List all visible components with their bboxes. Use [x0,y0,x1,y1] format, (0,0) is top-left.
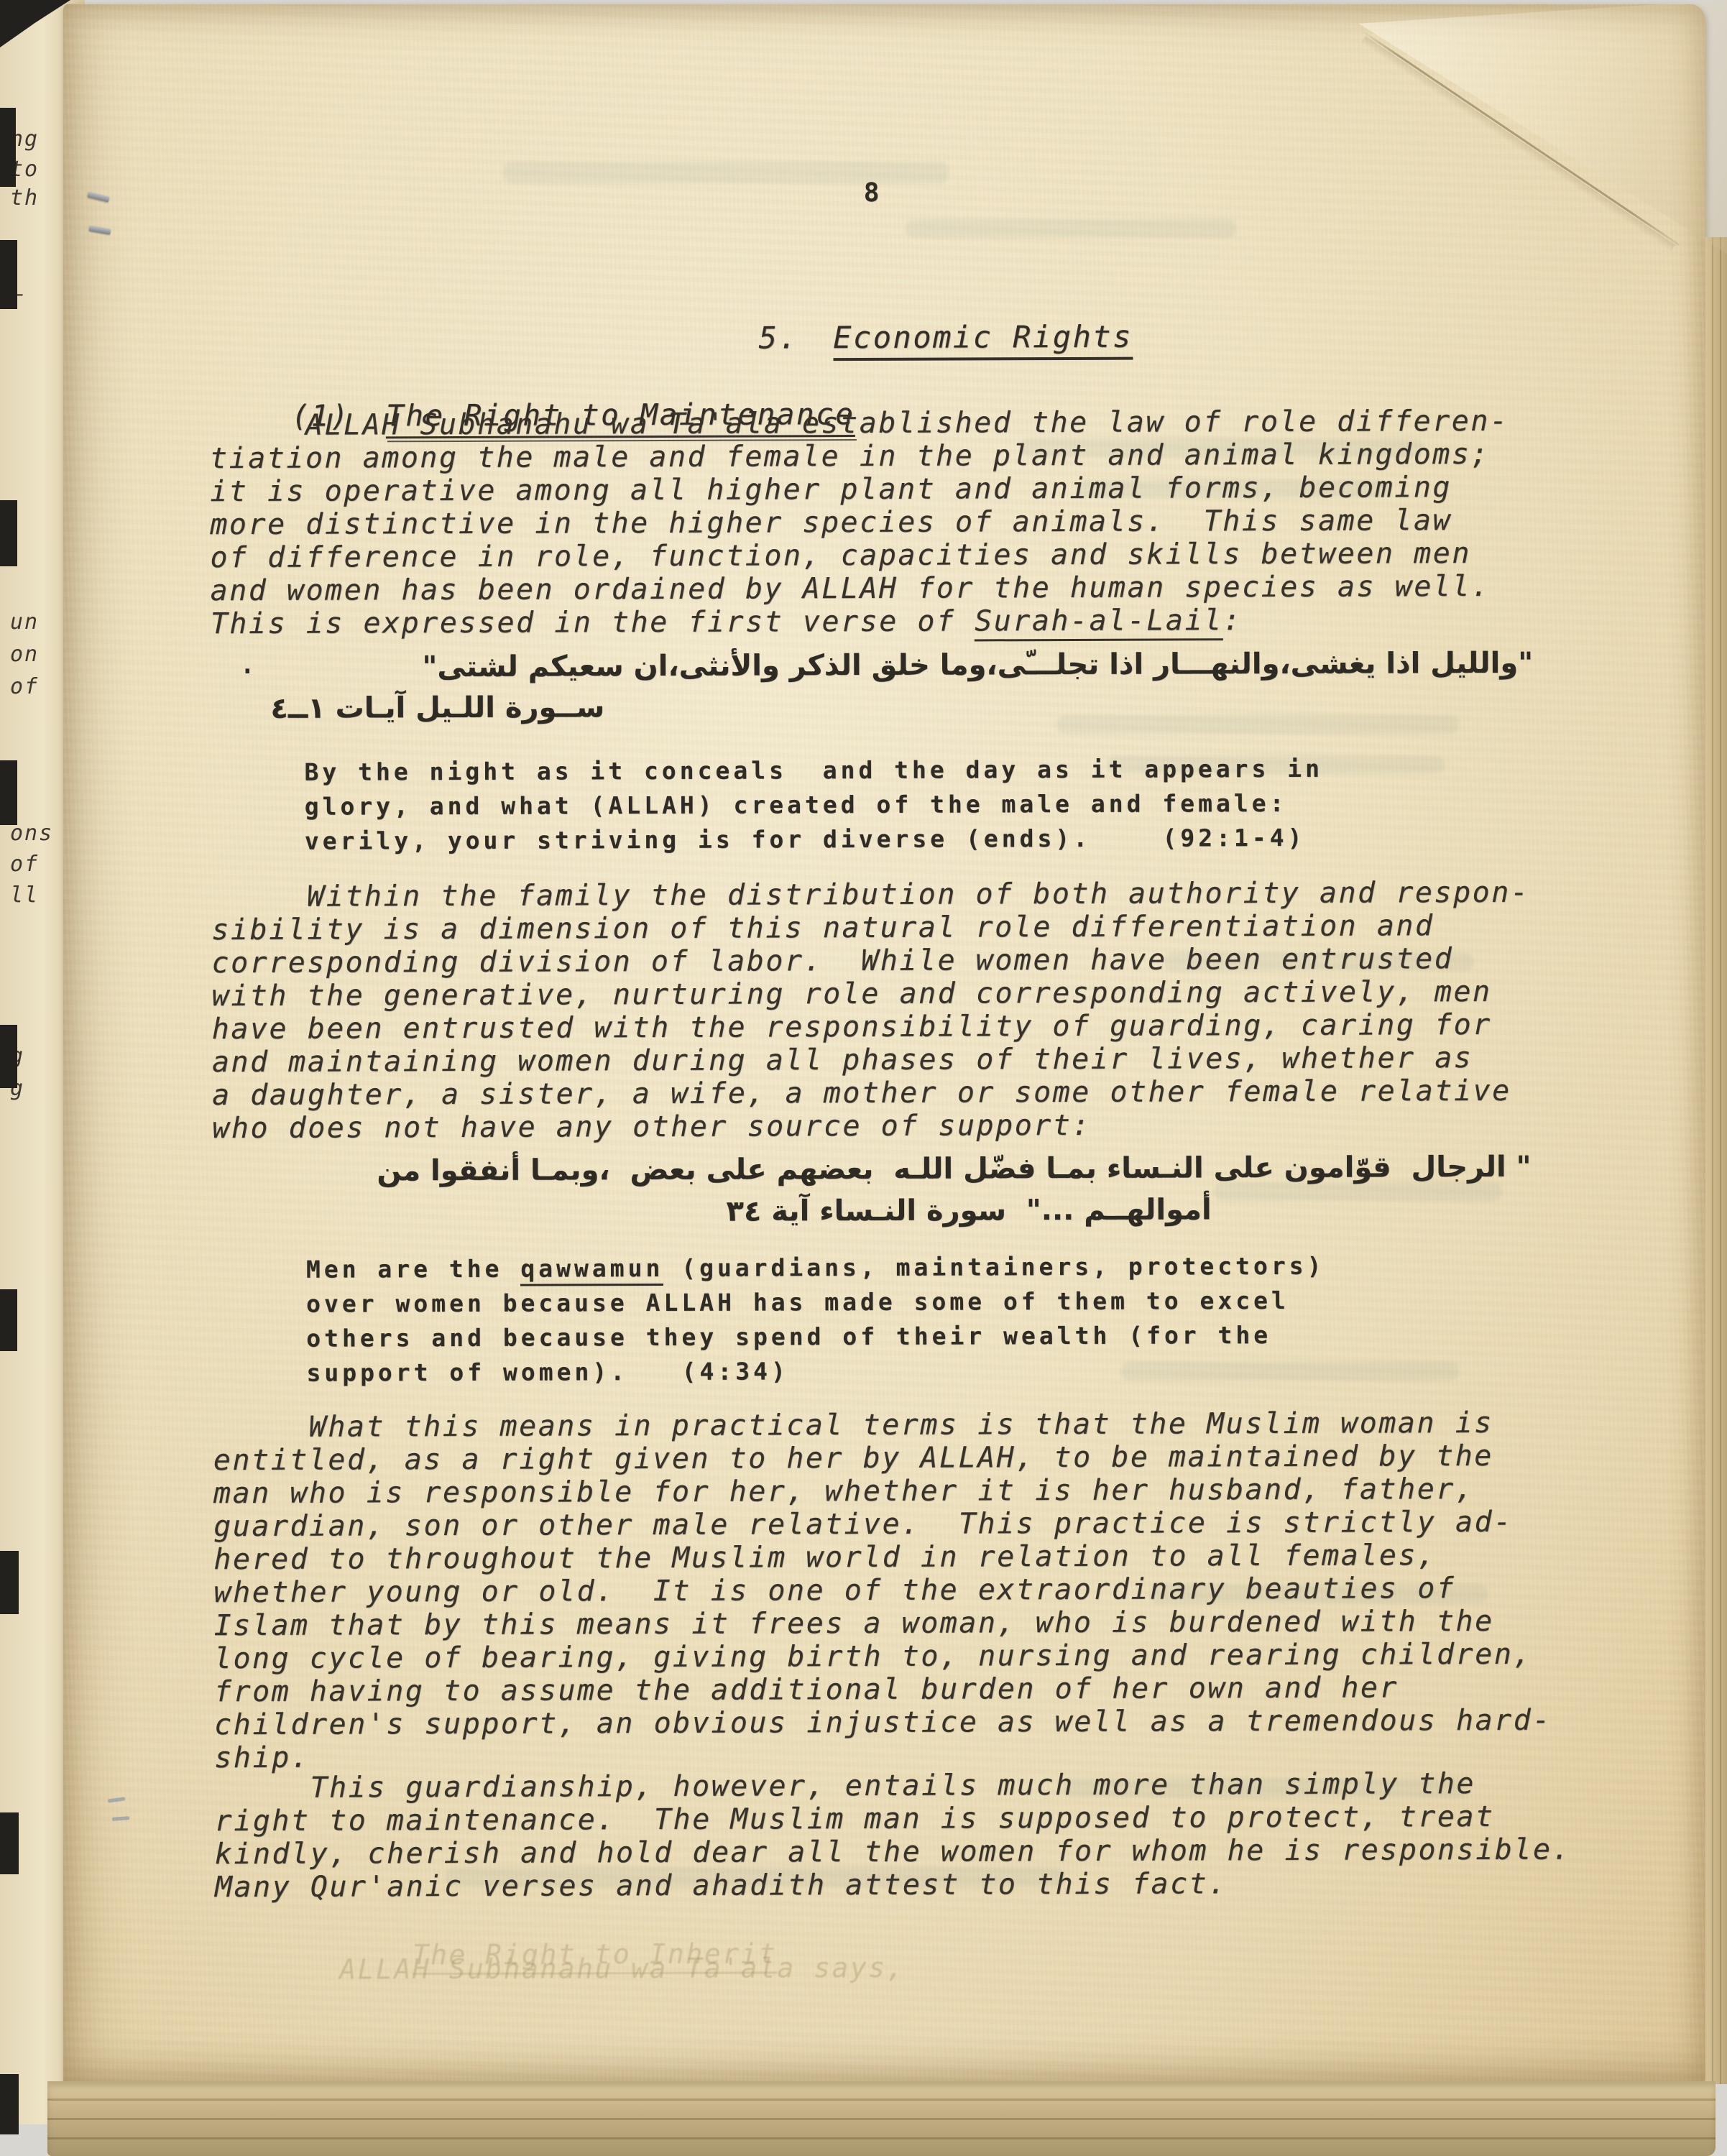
quran-quote-4-34: Men are the qawwamun (guardians, maintai… [306,1249,1325,1391]
text-line: have been entrusted with the responsibil… [212,1008,1592,1046]
text-line: a daughter, a sister, a wife, a mother o… [212,1074,1592,1112]
text-line: corresponding division of labor. While w… [211,941,1591,980]
text-line: hered to throughout the Muslim world in … [213,1538,1593,1576]
text-line: verily, your striving is for diverse (en… [305,821,1324,859]
text-line: Islam that by this means it frees a woma… [214,1604,1594,1642]
text-line: children's support, an obvious injustice… [214,1703,1594,1741]
section-number: 5. [758,320,798,355]
paragraph-4: This guardianship, however, entails much… [214,1766,1595,1904]
arabic-verse-an-nisa-reference: أموالهــم ..." سورة النـساء آية ٣٤ [795,1193,1212,1227]
text-line: entitled, as a right given to her by ALL… [213,1439,1593,1477]
text-line: tiation among the male and female in the… [210,437,1590,475]
text-line: it is operative among all higher plant a… [210,470,1590,508]
page-number: 8 [864,178,880,208]
text-line: with the generative, nurturing role and … [212,975,1592,1013]
text-line: This guardianship, however, entails much… [214,1766,1594,1805]
text-line: more distinctive in the higher species o… [210,503,1590,541]
text-line: and maintaining women during all phases … [212,1041,1592,1079]
text-line: Many Qur'anic verses and ahadith attest … [215,1866,1595,1904]
text-line: What this means in practical terms is th… [213,1406,1593,1444]
text-line: ALLAH Subhanahu wa Ta'ala established th… [210,404,1590,442]
text-line: Within the family the distribution of bo… [211,875,1591,913]
text-line: who does not have any other source of su… [212,1107,1592,1145]
text-line: whether young or old. It is one of the e… [213,1571,1593,1609]
text-line: By the night as it conceals and the day … [304,752,1323,790]
arabic-verse-an-nisa: " الرجال قوّامون على النـساء بمـا فضّل ا… [280,1151,1531,1188]
text-line: This is expressed in the first verse of … [211,602,1590,640]
paragraph-3: What this means in practical terms is th… [213,1406,1595,1774]
text-line: right to maintenance. The Muslim man is … [215,1800,1595,1838]
arabic-verse-end-mark: · [238,653,257,690]
arabic-verse-surah-al-lail-reference: ســورة اللـيل آيـات ١ــ٤ [303,691,604,724]
section-title: Economic Rights [833,319,1133,361]
quran-quote-92-1-4: By the night as it conceals and the day … [304,752,1323,859]
bleedthrough-line: ALLAH Subhanahu wa Ta'ala says, [339,1952,905,1986]
text-line: guardian, son or other male relative. Th… [213,1505,1593,1543]
paragraph-2: Within the family the distribution of bo… [211,875,1592,1145]
arabic-verse-surah-al-lail: "والليل اذا يغشى،والنهـــار اذا تجلـــّى… [257,647,1533,684]
text-line: sibility is a dimension of this natural … [211,908,1591,946]
text-line: of difference in role, function, capacit… [210,536,1590,574]
text-line: glory, and what (ALLAH) created of the m… [305,786,1324,824]
text-line: kindly, cherish and hold dear all the wo… [215,1833,1595,1871]
text-line: and women has been ordained by ALLAH for… [211,569,1590,607]
paragraph-1: ALLAH Subhanahu wa Ta'ala established th… [210,404,1590,640]
text-line: Men are the qawwamun (guardians, maintai… [306,1249,1325,1287]
typewritten-content: 8 5.Economic Rights (1)The Right to Main… [0,0,1727,2156]
text-line: man who is responsible for her, whether … [213,1472,1593,1510]
scanned-book-page: { "page": { "number": "8" }, "headings":… [0,0,1727,2156]
text-line: long cycle of bearing, giving birth to, … [214,1637,1594,1675]
text-line: over women because ALLAH has made some o… [306,1284,1325,1322]
text-line: others and because they spend of their w… [306,1318,1325,1356]
text-line: from having to assume the additional bur… [214,1670,1594,1708]
text-line: support of women). (4:34) [306,1353,1325,1391]
